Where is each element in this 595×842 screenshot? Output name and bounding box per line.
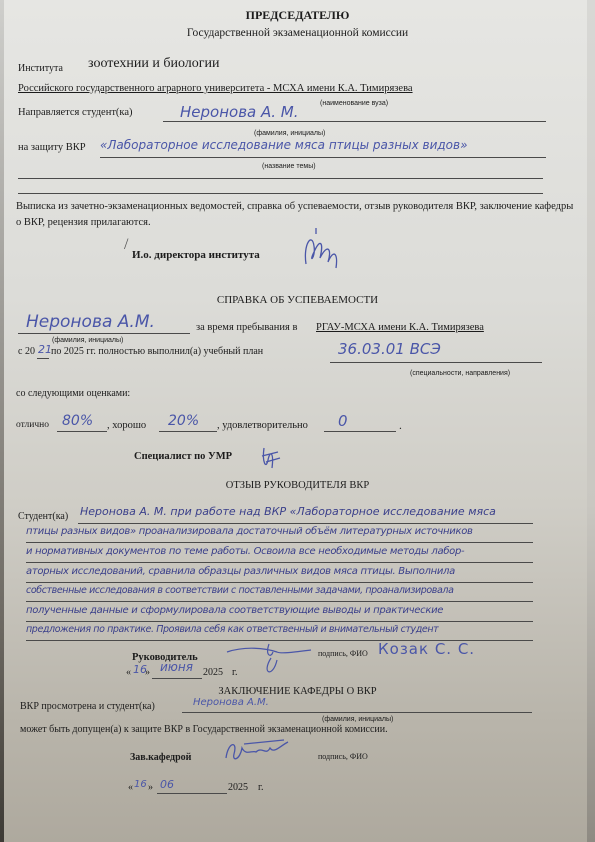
review-line-4: [26, 582, 533, 583]
good-label: , хорошо: [107, 420, 146, 431]
excellent-line: [57, 431, 107, 432]
university-caption: (наименование вуза): [320, 100, 388, 107]
review-text-line[interactable]: аторных исследований, сравнила образцы р…: [26, 566, 455, 577]
thesis-line-3: [18, 193, 543, 194]
period-start-value[interactable]: 21: [38, 343, 52, 356]
thesis-value[interactable]: «Лабораторное исследование мяса птицы ра…: [100, 138, 468, 152]
student-field-line: [163, 121, 546, 122]
conclusion-student-value[interactable]: Неронова А.М.: [193, 697, 269, 708]
review-date-open: «: [126, 667, 131, 678]
conclusion-date-month-line: [157, 793, 227, 794]
header-subtitle: Государственной экзаменационной комиссии: [0, 27, 595, 39]
conclusion-reviewed-label: ВКР просмотрена и студент(ка): [20, 701, 155, 712]
director-signature-icon: [298, 224, 348, 274]
good-line: [159, 431, 217, 432]
specialty-caption: (специальности, направления): [410, 370, 510, 377]
review-text-line[interactable]: предложения по практике. Проявила себя к…: [26, 624, 438, 635]
satisfactory-label: , удовлетворительно: [217, 420, 308, 431]
excellent-value[interactable]: 80%: [62, 413, 93, 429]
transcript-university: РГАУ-МСХА имени К.А. Тимирязева: [316, 322, 484, 333]
page-edge-right: [587, 0, 595, 842]
supervisor-name[interactable]: Козак С. С.: [378, 640, 475, 658]
head-label: Зав.кафедрой: [130, 752, 191, 763]
period-prefix: с 20: [18, 346, 35, 357]
specialist-label: Специалист по УМР: [134, 451, 232, 462]
thesis-field-line: [100, 157, 546, 158]
conclusion-date-close: »: [148, 782, 153, 793]
review-line-1: [78, 523, 533, 524]
student-value[interactable]: Неронова А. М.: [180, 103, 299, 121]
attachments-text: Выписка из зачетно-экзаменационных ведом…: [16, 199, 576, 231]
conclusion-date-open: «: [128, 782, 133, 793]
director-label: И.о. директора института: [132, 249, 260, 261]
header-title: ПРЕДСЕДАТЕЛЮ: [0, 8, 595, 23]
review-text-line[interactable]: полученные данные и сформулировала соотв…: [26, 605, 443, 616]
conclusion-admit-text: может быть допущен(а) к защите ВКР в Гос…: [20, 724, 388, 735]
slash-mark: /: [124, 236, 128, 254]
specialty-value[interactable]: 36.03.01 ВСЭ: [338, 340, 441, 358]
transcript-student-caption: (фамилия, инициалы): [52, 337, 123, 344]
review-line-2: [26, 542, 533, 543]
supervisor-signature-icon: [225, 638, 315, 678]
conclusion-date-suffix: г.: [258, 782, 263, 793]
head-signature-icon: [222, 736, 292, 768]
student-label: Направляется студент(ка): [18, 107, 133, 118]
transcript-student-line: [18, 333, 190, 334]
grades-label: со следующими оценками:: [16, 388, 130, 399]
period-start-line: [37, 358, 49, 359]
conclusion-student-line: [182, 712, 532, 713]
period-suffix: по 2025 гг. полностью выполнил(а) учебны…: [51, 346, 263, 357]
transcript-student-value[interactable]: Неронова А.М.: [26, 312, 155, 332]
review-text-line[interactable]: Неронова А. М. при работе над ВКР «Лабор…: [80, 505, 496, 518]
satisfactory-value[interactable]: 0: [338, 412, 348, 430]
review-text-line[interactable]: собственные исследования в соответствии …: [26, 585, 454, 596]
page-edge-left: [0, 0, 4, 842]
good-value[interactable]: 20%: [168, 413, 199, 429]
review-title: ОТЗЫВ РУКОВОДИТЕЛЯ ВКР: [0, 480, 595, 491]
review-line-3: [26, 562, 533, 563]
review-date-month[interactable]: июня: [160, 660, 193, 674]
review-date-close: »: [145, 667, 150, 678]
conclusion-date-year: 2025: [228, 782, 248, 793]
thesis-caption: (название темы): [262, 163, 316, 170]
head-signature-caption: подпись, ФИО: [318, 752, 368, 761]
transcript-title: СПРАВКА ОБ УСПЕВАЕМОСТИ: [0, 294, 595, 306]
review-text-line[interactable]: и нормативных документов по теме работы.…: [26, 546, 464, 557]
specialty-line: [330, 362, 542, 363]
review-line-5: [26, 601, 533, 602]
review-date-suffix: г.: [232, 667, 237, 678]
review-date-year: 2025: [203, 667, 223, 678]
conclusion-title: ЗАКЛЮЧЕНИЕ КАФЕДРЫ О ВКР: [0, 686, 595, 697]
review-line-6: [26, 621, 533, 622]
thesis-label: на защиту ВКР: [18, 142, 86, 153]
review-text-line[interactable]: птицы разных видов» проанализировала дос…: [26, 526, 473, 537]
institute-label: Института: [18, 63, 63, 74]
review-date-month-line: [152, 678, 202, 679]
conclusion-date-day[interactable]: 16: [134, 779, 147, 790]
student-caption: (фамилия, инициалы): [254, 130, 325, 137]
excellent-label: отлично: [16, 420, 49, 430]
university-name: Российского государственного аграрного у…: [18, 83, 413, 94]
specialist-signature-icon: [256, 442, 286, 472]
transcript-stay-text: за время пребывания в: [196, 322, 297, 333]
conclusion-date-month[interactable]: 06: [160, 778, 174, 791]
institute-value: зоотехнии и биологии: [88, 56, 220, 72]
grades-end-dot: .: [399, 420, 402, 432]
review-student-label: Студент(ка): [18, 511, 68, 522]
satisfactory-line: [324, 431, 396, 432]
supervisor-signature-caption: подпись, ФИО: [318, 649, 368, 658]
conclusion-student-caption: (фамилия, инициалы): [322, 716, 393, 723]
thesis-line-2: [18, 178, 543, 179]
